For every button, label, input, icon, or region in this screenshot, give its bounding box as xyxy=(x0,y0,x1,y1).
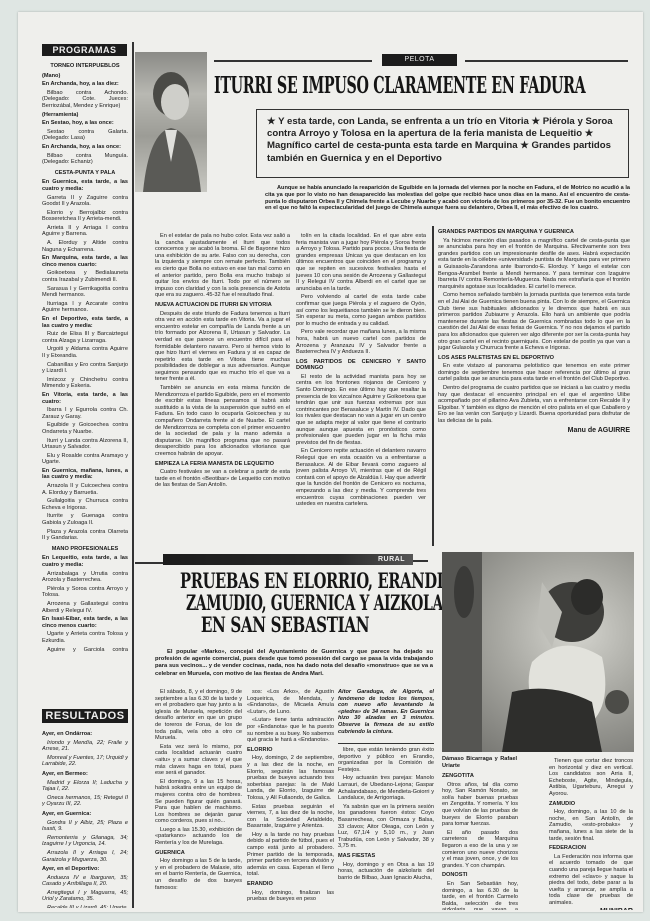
paragraph: Dentro del programa de cuatro partidos q… xyxy=(438,385,630,425)
portrait-photo xyxy=(135,52,207,192)
listing-line: (Mano) xyxy=(42,73,128,80)
paragraph: sos: «Los Arko», de Agustín Loqueirica, … xyxy=(247,689,334,715)
result-line: Oneca hermanos, 15; Retegui II y Oyarzu … xyxy=(42,795,128,808)
paragraph: Hoy, domingo, a las 10 de la noche, en S… xyxy=(549,809,633,842)
listing-line: Ugarte y Arrieta contra Tolosa y Ezkurdi… xyxy=(42,631,128,644)
paragraph: El año pasado dos carreteros de Marquina… xyxy=(442,830,518,870)
result-heading: Ayer, en el Deportivo: xyxy=(42,866,128,873)
listing-line: Arrozena y Gallastegui contra Alberdi y … xyxy=(42,601,128,614)
listing-line: Imizcoz y Chinchetru contra Mimendo y Es… xyxy=(42,377,128,390)
paragraph: Hoy, domingo, finalizan las pruebas de b… xyxy=(247,890,334,903)
result-line: Recalde III y Lizardi, 45; Ugarte, Sanju… xyxy=(42,905,128,908)
listing-line: Ruiz de Elisa III y Barcaiztegui contra … xyxy=(42,331,128,344)
author-signature: Manu de AGUIRRE xyxy=(438,428,630,435)
result-line: Arregitegui I y Maguarra, 45; Uriol y Za… xyxy=(42,890,128,903)
subheading: GRANDES PARTIDOS EN MARQUINA Y GUERNICA xyxy=(438,229,630,236)
rural-photo xyxy=(442,552,634,752)
subheading: FEDERACION xyxy=(549,845,633,852)
paragraph: Luego a las 15.30, exhibición de «patark… xyxy=(155,827,242,847)
paragraph: Tienen que cortar diez troncos en horizo… xyxy=(549,758,633,798)
listing-line: Sestao contra Galarta. (Delegado: Lasa) xyxy=(42,129,128,142)
weightlifter-figure-icon xyxy=(442,552,634,752)
resultados-list: Ayer, en Ondárroa:Iriondo y Mendía, 22; … xyxy=(42,731,128,908)
paragraph: Hoy actuarán tres parejas: Manolo Larrau… xyxy=(338,775,434,801)
paragraph: tolín en la citada localidad. En el que … xyxy=(296,233,426,292)
pelota-column-3: GRANDES PARTIDOS EN MARQUINA Y GUERNICAY… xyxy=(438,226,630,546)
mano-title: MANO PROFESIONALES xyxy=(42,546,128,553)
paragraph: En Cenicero repite actuación el delanter… xyxy=(296,448,426,507)
listing-line: Elu y Rosalde contra Aramayo y Ugarte. xyxy=(42,453,128,466)
subheading: DONOSTI xyxy=(442,872,518,879)
pelota-lead-box: ★ Y esta tarde, con Landa, se enfrenta a… xyxy=(256,109,629,178)
rural-rule-left xyxy=(135,562,163,564)
subheading: GUERNICA xyxy=(155,850,242,857)
paragraph: Hoy, domingo y en Otxa a las 19 horas, a… xyxy=(338,862,434,882)
paragraph: Hoy a la tarde no hay pruebas debido al … xyxy=(247,832,334,878)
listing-line: Ibarra I y Egurrola contra Ch. Zarauz y … xyxy=(42,407,128,420)
paragraph: La Federación nos informa que el acuerdo… xyxy=(549,854,633,907)
listing-line: En el Deportivo, esta tarde, a las cuatr… xyxy=(42,316,128,329)
paragraph: Cuatro festivales se van a celebrar a pa… xyxy=(155,469,290,489)
resultados-header: RESULTADOS xyxy=(42,709,128,723)
pelota-section-label: PELOTA xyxy=(382,54,457,66)
subheading: ZAMUDIO xyxy=(549,801,633,808)
pelota-column-1: En el estelar de pala no hubo color. Est… xyxy=(155,233,290,543)
subheading: ZENGOTITA xyxy=(442,773,518,780)
listing-line: Aguirre y Garciola contra Goroñaetxea IV… xyxy=(42,647,128,652)
torneo-list: (Mano)En Archanda, hoy, a las diez:Bilba… xyxy=(42,73,128,166)
pelota-intro: Aunque se había anunciado la reaparición… xyxy=(265,185,630,221)
listing-line: Arrizabalaga y Urrutia contra Arozola y … xyxy=(42,571,128,584)
result-line: Gondra II y Albiz, 25; Plaza e Isasti, 9… xyxy=(42,820,128,833)
listing-line: Elorrio y Berrojalbiz contra Bosseretche… xyxy=(42,210,128,223)
result-line: Remonterria y Gilanaga, 34; Izaguirre I … xyxy=(42,835,128,848)
photo-names-caption: Dámaso Bicarraga y Rafael Uriarte xyxy=(442,756,517,770)
programas-header: PROGRAMAS xyxy=(42,44,127,56)
listing-line: En Archanda, hoy, a las once: xyxy=(42,144,128,151)
listing-line: En Sestao, hoy, a las once: xyxy=(42,120,128,127)
programas-column: TORNEO INTERPUEBLOS (Mano)En Archanda, h… xyxy=(42,59,128,652)
pelota-lead-text: ★ Y esta tarde, con Landa, se enfrenta a… xyxy=(267,116,613,164)
paragraph: Estas pruebas seguirán el viernes, 7, a … xyxy=(247,804,334,830)
rural-column-3: libre, que están teniendo gran éxito dep… xyxy=(338,747,434,909)
paragraph: En San Sebastián hoy, domingo, a las 6.3… xyxy=(442,881,518,910)
listing-line: Gullalgoitia y Churruca contra Echeva e … xyxy=(42,498,128,511)
listing-line: Goikoetxea y Bedialauneta contra Irazaba… xyxy=(42,270,128,283)
listing-line: En Guernica, mañana, lunes, a las cuatro… xyxy=(42,468,128,481)
rural-headline-line-3: EN SAN SEBASTIAN xyxy=(177,612,393,637)
listing-line: En Guernica, esta tarde, a las cuatro y … xyxy=(42,179,128,192)
paragraph: Ya sabrán que en la primera sesión los g… xyxy=(338,804,434,850)
mano-list: En Lequeitio, esta tarde, a las cuatro y… xyxy=(42,555,128,652)
listing-line: En Isasi-Eibar, esta tarde, a las cinco … xyxy=(42,616,128,629)
cesta-list: En Guernica, esta tarde, a las cuatro y … xyxy=(42,179,128,542)
newspaper-page: PROGRAMAS TORNEO INTERPUEBLOS (Mano)En A… xyxy=(18,12,643,912)
listing-line: Iturrite y Guenaga contra Gabiola y Zulo… xyxy=(42,513,128,526)
paragraph: Pero volviendo al cartel de esta tarde c… xyxy=(296,294,426,327)
result-line: Madrid y Elorza II; Laducha y Tajaa I, 2… xyxy=(42,780,128,793)
paragraph: Hoy domingo a las 5 de la tarde, y en el… xyxy=(155,858,242,891)
result-heading: Ayer, en Bermeo: xyxy=(42,771,128,778)
paragraph: Hoy, domingo, 2 de septiembre, y a las d… xyxy=(247,755,334,801)
paragraph: Como hemos señalado también la jornada p… xyxy=(438,292,630,351)
result-line: Iriondo y Mendía, 22; Fraile y Arrese, 2… xyxy=(42,740,128,753)
listing-line: Arrieta II y Arriaga I contra Aguirre y … xyxy=(42,225,128,238)
listing-line: Iturri y Landa contra Alzorena II, Urtas… xyxy=(42,438,128,451)
rural-column-1: El sábado, 8, y el domingo, 9 de septiem… xyxy=(155,689,242,909)
rural-section-label: RURAL xyxy=(163,554,413,565)
listing-line: A. Elorduy y Altide contra Naguna y Echa… xyxy=(42,240,128,253)
subheading: EMPIEZA LA FERIA MANISTA DE LEQUEITIO xyxy=(155,461,290,468)
listing-line: Piérola y Soroa contra Arroyo y Tolosa. xyxy=(42,586,128,599)
paragraph: El resto de la actividad manista para ho… xyxy=(296,374,426,447)
subheading: NUEVA ACTUACION DE ITURRI EN VITORIA xyxy=(155,302,290,309)
listing-line: Garreta II y Zaguirre contra Goodst II y… xyxy=(42,195,128,208)
caption-rule xyxy=(338,743,434,744)
rural-photo-caption: Aitor Garaduga, de Algorta, el fenómeno … xyxy=(338,689,434,739)
subheading: MAS FIESTAS xyxy=(338,853,434,860)
listing-line: Bilbao contra Munguía. (Delegado: Echani… xyxy=(42,153,128,166)
author-signature: MUNIBAR xyxy=(549,909,633,910)
rural-column-2: sos: «Los Arko», de Agustín Loqueirica, … xyxy=(247,689,334,909)
rural-column-5: Tienen que cortar diez troncos en horizo… xyxy=(549,758,633,910)
listing-line: En Marquina, esta tarde, a las cinco men… xyxy=(42,255,128,268)
portrait-figure-icon xyxy=(135,52,207,192)
paragraph: También se anuncia en esta misma función… xyxy=(155,385,290,458)
listing-line: (Herramienta) xyxy=(42,112,128,119)
rural-intro: El popular «Marko», concejal del Ayuntam… xyxy=(155,649,433,687)
rural-column-4: ZENGOTITAOtros años, tal día como hoy, S… xyxy=(442,770,518,910)
pelota-rule-right xyxy=(465,60,628,62)
paragraph: El domingo, 9 a las 15 horas, habrá soka… xyxy=(155,779,242,825)
pelota-headline: ITURRI SE IMPUSO CLARAMENTE EN FADURA xyxy=(214,72,481,100)
listing-line: En Vitoria, esta tarde, a las cuatro: xyxy=(42,392,128,405)
subheading: LOS ASES PALETISTAS EN EL DEPORTIVO xyxy=(438,355,630,362)
listing-line: En Archanda, hoy, a las diez: xyxy=(42,81,128,88)
paragraph: Esta vez será lo mismo, por cada localid… xyxy=(155,744,242,777)
subheading: LOS PARTIDOS DE CENICERO Y SANTO DOMINGO xyxy=(296,359,426,372)
paragraph: Después de este triunfo de Fadura tenemo… xyxy=(155,311,290,384)
resultados-column: Ayer, en Ondárroa:Iriondo y Mendía, 22; … xyxy=(42,728,128,908)
torneo-title: TORNEO INTERPUEBLOS xyxy=(42,63,128,70)
result-heading: Ayer, en Guernica: xyxy=(42,811,128,818)
pelota-rule-left xyxy=(214,60,372,62)
listing-line: Urgoiti y Aldama contra Aguirre II y Etx… xyxy=(42,346,128,359)
paragraph: El sábado, 8, y el domingo, 9 de septiem… xyxy=(155,689,242,742)
result-heading: Ayer, en Ondárroa: xyxy=(42,731,128,738)
listing-line: Cabanillas y Ero contra Sanjurjo y Lizar… xyxy=(42,362,128,375)
listing-line: Plaza y Arazola contra Olarreta II y Gan… xyxy=(42,529,128,542)
subheading: ERANDIO xyxy=(247,881,334,888)
paragraph: libre, que están teniendo gran éxito dep… xyxy=(338,747,434,773)
listing-line: Bilbao contra Achondo. (Delegado: Cote. … xyxy=(42,90,128,110)
subheading: ELORRIO xyxy=(247,747,334,754)
pelota-column-divider xyxy=(432,226,434,546)
paragraph: En el estelar de pala no hubo color. Est… xyxy=(155,233,290,299)
listing-line: Eguibide y Goicoechea contra Ondarreta y… xyxy=(42,422,128,435)
result-line: Arrazola II y Arriaga I, 24; Garaizola y… xyxy=(42,850,128,863)
paragraph: Pero vale recordar que mañana lunes, a l… xyxy=(296,329,426,355)
listing-line: En Lequeitio, esta tarde, a las cuatro y… xyxy=(42,555,128,568)
paragraph: Ya hicimos mención días pasados a magníf… xyxy=(438,238,630,291)
paragraph: «Lutar» tiene tanta admiración por «Enda… xyxy=(247,717,334,743)
paragraph: En este vistazo al panorama pelotístico … xyxy=(438,363,630,383)
listing-line: Sarasua I y Gerrikagoitia contra Mendi h… xyxy=(42,286,128,299)
rural-headline: PRUEBAS EN ELORRIO, ERANDIO, ZAMUDIO, GU… xyxy=(135,568,435,637)
paragraph: Otros años, tal día como hoy, San Ramón … xyxy=(442,782,518,828)
pelota-column-2: tolín en la citada localidad. En el que … xyxy=(296,233,426,543)
rural-rule-right xyxy=(413,560,428,562)
listing-line: Arrazola II y Cuicoechea contra A. Elord… xyxy=(42,483,128,496)
result-line: Monreal y Fuentes, 17; Urquidi y Larrabi… xyxy=(42,755,128,768)
cesta-title: CESTA-PUNTA Y PALA xyxy=(42,170,128,177)
listing-line: Iturriaga I y Azcarate contra Aguirre he… xyxy=(42,301,128,314)
result-line: Andueza IV e Ibarguren, 35; Casado y Arr… xyxy=(42,875,128,888)
sidebar-divider xyxy=(132,42,134,908)
